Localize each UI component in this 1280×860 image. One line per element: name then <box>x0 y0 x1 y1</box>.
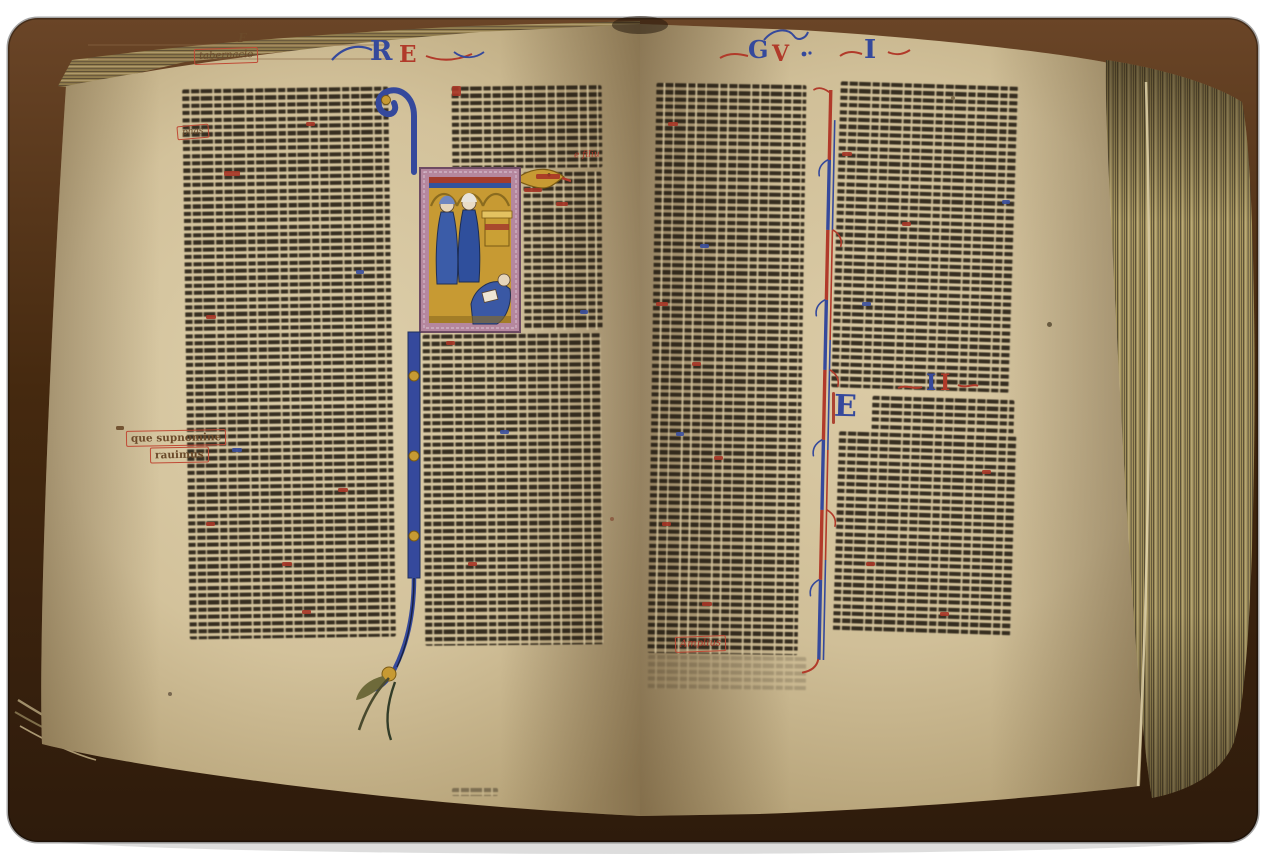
blemish <box>610 517 614 521</box>
rubric-mark <box>692 362 701 366</box>
rubric-mark <box>282 562 292 566</box>
rubric-mark <box>832 392 835 424</box>
paraph-mark <box>500 430 509 434</box>
rubric-mark <box>224 171 240 176</box>
rubric-mark <box>714 456 723 460</box>
paraph-mark <box>580 310 588 314</box>
paraph-mark <box>700 244 709 248</box>
rubric-mark <box>866 562 875 566</box>
rubric-mark <box>982 470 991 474</box>
rubric-mark <box>468 562 477 566</box>
rubric-initial <box>452 86 461 96</box>
rubric-mark <box>302 610 311 614</box>
paraph-mark <box>232 448 242 452</box>
blemish <box>951 96 955 100</box>
paraph-mark <box>1002 200 1010 204</box>
rubric-mark <box>668 122 678 126</box>
rubric-mark <box>338 488 348 492</box>
rubric-mark <box>206 315 216 319</box>
rubric-mark <box>306 122 315 126</box>
blemish <box>1047 322 1052 327</box>
paraph-mark <box>356 270 364 274</box>
rubric-mark <box>702 602 712 606</box>
gloss-mark <box>116 426 124 430</box>
rubric-decorations-layer <box>0 0 1280 860</box>
rubric-mark <box>842 152 852 156</box>
rubric-mark <box>556 202 568 206</box>
rubric-mark <box>206 522 215 526</box>
rubric-mark <box>524 188 542 192</box>
rubric-mark <box>662 522 671 526</box>
manuscript-photo: R E G V I F tabernaclo phas que supnomin… <box>0 0 1280 860</box>
rubric-mark <box>902 222 911 226</box>
rubric-mark <box>446 341 455 345</box>
paraph-mark <box>862 302 871 306</box>
rubric-mark <box>940 612 949 616</box>
rubric-mark <box>536 174 560 179</box>
rubric-mark <box>656 302 668 306</box>
paraph-mark <box>676 432 684 436</box>
blemish <box>168 692 172 696</box>
